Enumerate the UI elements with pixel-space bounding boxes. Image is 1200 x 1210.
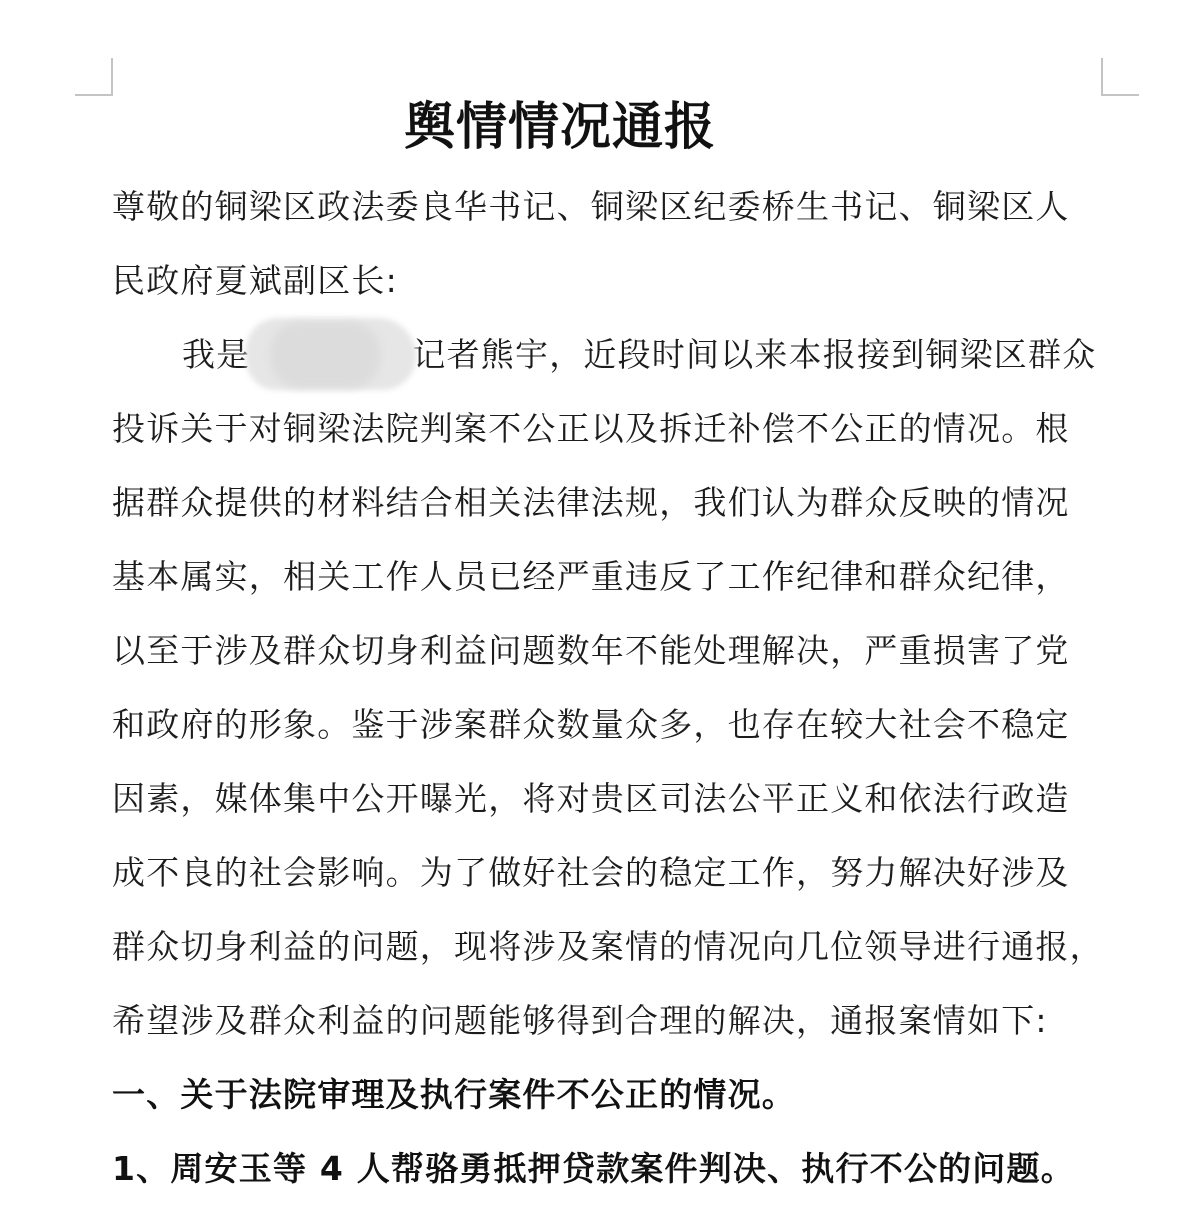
paragraph-line: 投诉关于对铜梁法院判案不公正以及拆迁补偿不公正的情况。根 xyxy=(112,392,1122,466)
paragraph-line: 基本属实，相关工作人员已经严重违反了工作纪律和群众纪律， xyxy=(112,540,1122,614)
paragraph-line: 因素，媒体集中公开曝光，将对贵区司法公平正义和依法行政造 xyxy=(112,762,1122,836)
paragraph-line: 据群众提供的材料结合相关法律法规，我们认为群众反映的情况 xyxy=(112,466,1122,540)
redacted-area xyxy=(250,318,412,392)
page-corner-mark-top-right xyxy=(1101,58,1139,96)
document-title-text: 舆情情况通报 xyxy=(404,96,716,160)
page-corner-mark-top-left xyxy=(75,58,113,96)
document-title: 舆情情况通报 xyxy=(0,96,1120,160)
section-heading: 一、关于法院审理及执行案件不公正的情况。 xyxy=(112,1058,1122,1132)
subsection-heading: 1、周安玉等 4 人帮骆勇抵押贷款案件判决、执行不公的问题。 xyxy=(112,1132,1122,1206)
salutation-line-1: 尊敬的铜梁区政法委良华书记、铜梁区纪委桥生书记、铜梁区人 xyxy=(112,170,1122,244)
paragraph-intro-continued: 记者熊宇，近段时间以来本报接到铜梁区群众 xyxy=(412,335,1096,374)
paragraph-line: 群众切身利益的问题，现将涉及案情的情况向几位领导进行通报， xyxy=(112,910,1122,984)
paragraph-first-line: 我是记者熊宇，近段时间以来本报接到铜梁区群众 xyxy=(112,318,1122,392)
paragraph-line: 和政府的形象。鉴于涉案群众数量众多，也存在较大社会不稳定 xyxy=(112,688,1122,762)
paragraph-line: 以至于涉及群众切身利益问题数年不能处理解决，严重损害了党 xyxy=(112,614,1122,688)
redaction-blur-inner xyxy=(270,322,380,388)
paragraph-line: 希望涉及群众利益的问题能够得到合理的解决，通报案情如下: xyxy=(112,984,1122,1058)
document-body: 尊敬的铜梁区政法委良华书记、铜梁区纪委桥生书记、铜梁区人 民政府夏斌副区长: 我… xyxy=(112,170,1122,1206)
paragraph-intro-text: 我是 xyxy=(182,335,250,374)
paragraph-line: 成不良的社会影响。为了做好社会的稳定工作，努力解决好涉及 xyxy=(112,836,1122,910)
document-page: 舆情情况通报 尊敬的铜梁区政法委良华书记、铜梁区纪委桥生书记、铜梁区人 民政府夏… xyxy=(0,0,1200,1210)
salutation-line-2: 民政府夏斌副区长: xyxy=(112,244,1122,318)
